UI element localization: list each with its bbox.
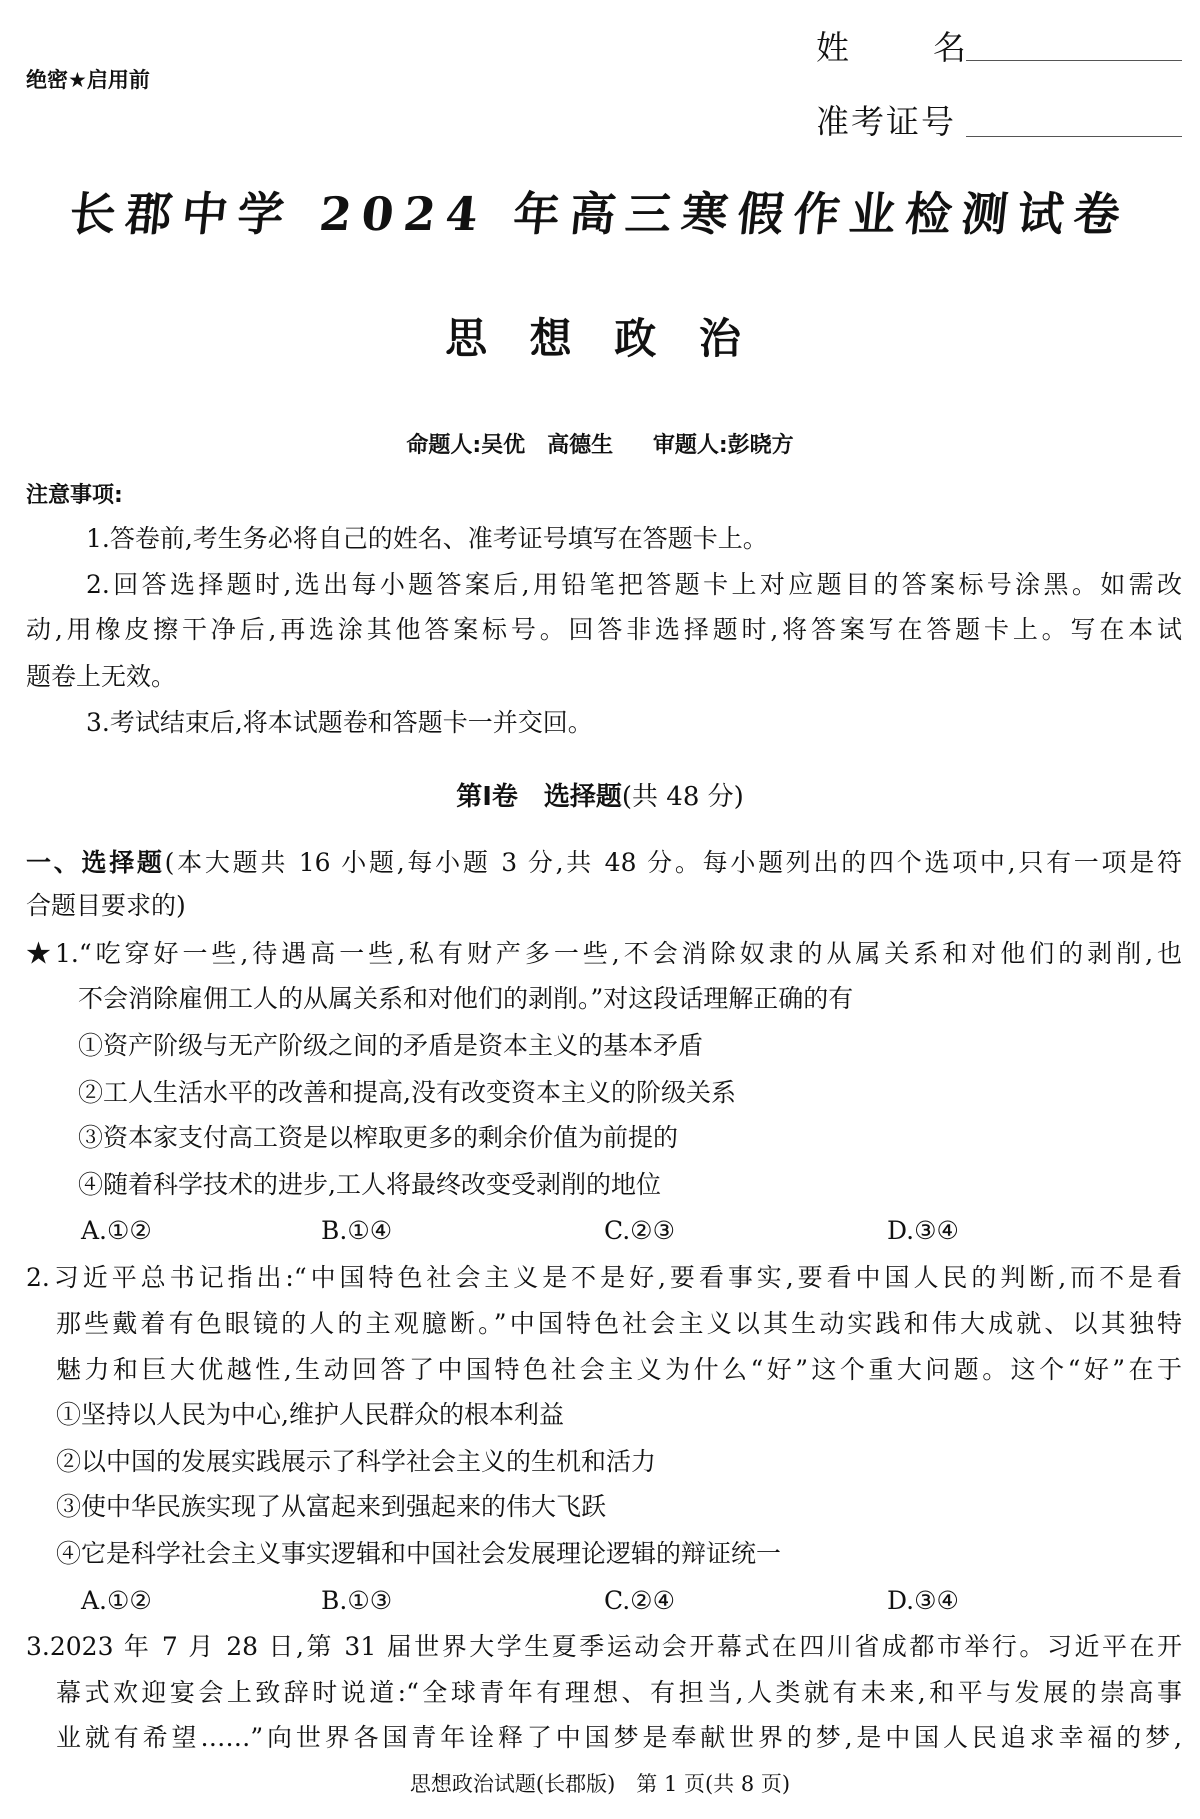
- note-line-3: 动,用橡皮擦干净后,再选涂其他答案标号。回答非选择题时,将答案写在答题卡上。写在…: [26, 615, 1182, 645]
- question-2-statement-2: ②以中国的发展实践展示了科学社会主义的生机和活力: [56, 1447, 1182, 1477]
- subject-title: 思 想 政 治: [0, 306, 1200, 366]
- question-2-stem-line-1: 2.习近平总书记指出:“中国特色社会主义是不是好,要看事实,要看中国人民的判断,…: [26, 1263, 1182, 1293]
- question-3-stem-line-3: 业就有希望……”向世界各国青年诠释了中国梦是奉献世界的梦,是中国人民追求幸福的梦…: [56, 1723, 1182, 1753]
- note-line-4: 题卷上无效。: [26, 662, 1182, 692]
- question-1-statement-3: ③资本家支付高工资是以榨取更多的剩余价值为前提的: [78, 1123, 1182, 1153]
- question-2-statement-3: ③使中华民族实现了从富起来到强起来的伟大飞跃: [56, 1492, 1182, 1522]
- notes-heading: 注意事项:: [26, 478, 123, 509]
- note-line-1: 1.答卷前,考生务必将自己的姓名、准考证号填写在答题卡上。: [86, 524, 1182, 554]
- question-1-statement-4: ④随着科学技术的进步,工人将最终改变受剥削的地位: [78, 1170, 1182, 1200]
- part-one-lead: 一、选择题: [26, 848, 165, 877]
- exam-id-field-blank[interactable]: [966, 136, 1182, 137]
- authors-line: 命题人:吴优 高德生 审题人:彭晓方: [0, 428, 1200, 459]
- question-2-statement-4: ④它是科学社会主义事实逻辑和中国社会发展理论逻辑的辩证统一: [56, 1539, 1182, 1569]
- name-label-char-1: 姓: [816, 22, 849, 69]
- question-1-stem-line-1: ★1.“吃穿好一些,待遇高一些,私有财产多一些,不会消除奴隶的从属关系和对他们的…: [26, 939, 1182, 969]
- question-1-statement-2: ②工人生活水平的改善和提高,没有改变资本主义的阶级关系: [78, 1078, 1182, 1108]
- page-footer: 思想政治试题(长郡版) 第 1 页(共 8 页): [0, 1768, 1200, 1798]
- question-1-choice-a[interactable]: A.①②: [81, 1216, 152, 1245]
- name-label-char-2: 名: [933, 22, 966, 69]
- name-field-blank[interactable]: [966, 60, 1182, 61]
- question-setters: 命题人:吴优 高德生: [406, 433, 613, 458]
- question-1-choice-b[interactable]: B.①④: [321, 1216, 392, 1245]
- question-2-choice-b[interactable]: B.①③: [321, 1586, 392, 1615]
- question-2-stem-line-2: 那些戴着有色眼镜的人的主观臆断。”中国特色社会主义以其生动实践和伟大成就、以其独…: [56, 1309, 1182, 1339]
- question-2-choices: A.①② B.①③ C.②④ D.③④: [0, 1586, 1200, 1616]
- question-3-stem-line-2: 幕式欢迎宴会上致辞时说道:“全球青年有理想、有担当,人类就有未来,和平与发展的崇…: [56, 1678, 1182, 1708]
- exam-id-field-label: 准考证号: [816, 96, 956, 143]
- question-2-choice-d[interactable]: D.③④: [887, 1586, 959, 1615]
- question-2-choice-a[interactable]: A.①②: [81, 1586, 152, 1615]
- reviewer: 审题人:彭晓方: [653, 433, 794, 458]
- section-heading-score: (共 48 分): [622, 782, 744, 812]
- exam-title: 长郡中学 2024 年高三寒假作业检测试卷: [0, 178, 1200, 244]
- name-field-label: 姓 名: [816, 22, 966, 69]
- note-line-2: 2.回答选择题时,选出每小题答案后,用铅笔把答题卡上对应题目的答案标号涂黑。如需…: [86, 570, 1182, 600]
- confidential-mark: 绝密★启用前: [26, 64, 150, 94]
- section-heading: 第Ⅰ卷 选择题(共 48 分): [0, 776, 1200, 813]
- section-heading-bold: 第Ⅰ卷 选择题: [456, 782, 622, 812]
- question-2-statement-1: ①坚持以人民为中心,维护人民群众的根本利益: [56, 1400, 1182, 1430]
- note-line-5: 3.考试结束后,将本试题卷和答题卡一并交回。: [86, 708, 1182, 738]
- part-one-instructions: 一、选择题(本大题共 16 小题,每小题 3 分,共 48 分。每小题列出的四个…: [26, 848, 1182, 878]
- question-2-choice-c[interactable]: C.②④: [604, 1586, 675, 1615]
- part-one-text: (本大题共 16 小题,每小题 3 分,共 48 分。每小题列出的四个选项中,只…: [165, 848, 1182, 877]
- question-1-stem-line-2: 不会消除雇佣工人的从属关系和对他们的剥削。”对这段话理解正确的有: [78, 984, 1182, 1014]
- question-1-choices: A.①② B.①④ C.②③ D.③④: [0, 1216, 1200, 1246]
- question-2-stem-line-3: 魅力和巨大优越性,生动回答了中国特色社会主义为什么“好”这个重大问题。这个“好”…: [56, 1355, 1182, 1385]
- question-1-statement-1: ①资产阶级与无产阶级之间的矛盾是资本主义的基本矛盾: [78, 1031, 1182, 1061]
- question-3-stem-line-1: 3.2023 年 7 月 28 日,第 31 届世界大学生夏季运动会开幕式在四川…: [26, 1632, 1182, 1662]
- question-1-choice-c[interactable]: C.②③: [604, 1216, 675, 1245]
- question-1-choice-d[interactable]: D.③④: [887, 1216, 959, 1245]
- part-one-instructions-cont: 合题目要求的): [26, 891, 1182, 921]
